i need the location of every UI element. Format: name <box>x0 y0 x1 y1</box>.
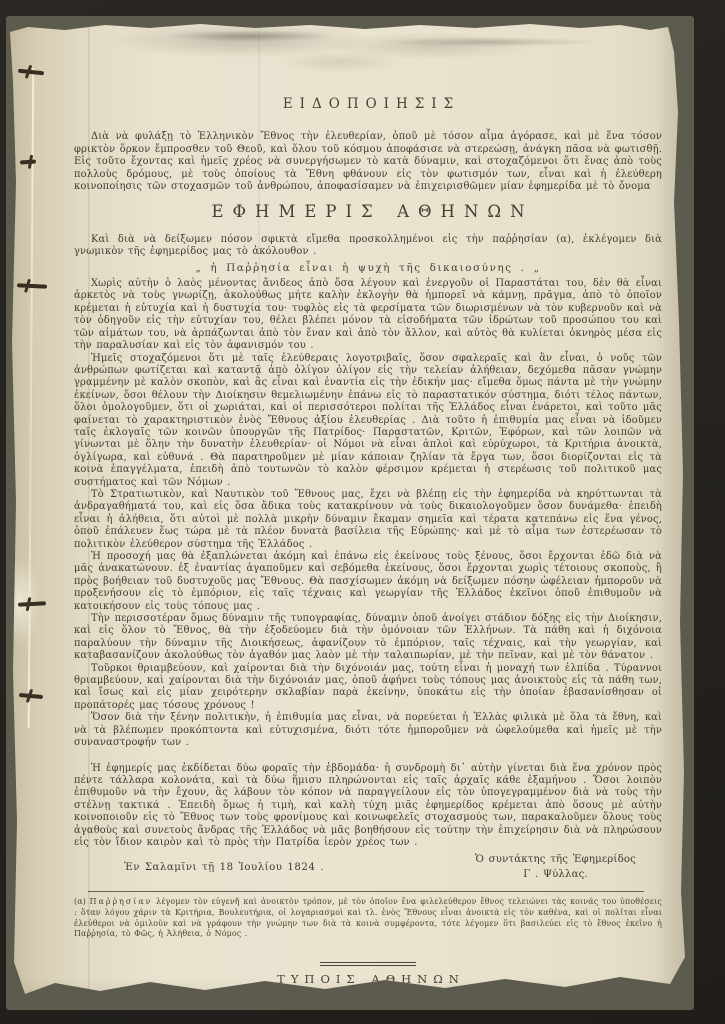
imprint-double-rule <box>320 962 416 966</box>
body-paragraph: Ἡμεῖς στοχαζόμενοι ὅτι μὲ ταῖς ἐλεύθεραι… <box>74 353 662 489</box>
subscription-paragraph: Ἡ ἐφημερίς μας ἐκδίδεται δύω φοραῖς τὴν … <box>74 763 662 850</box>
footnote-term: Παῤῥησίαν <box>90 897 153 906</box>
body-paragraph: Ἡ προσοχή μας θὰ ἐξαπλώνεται ἀκόμη καὶ ἐ… <box>74 551 662 613</box>
signature-block: Ἐν Σαλαμῖνι τῇ 18 Ἰουλίου 1824 . Ὁ συντά… <box>74 853 662 882</box>
editor-signature: Ὁ συντάκτης τῆς Ἐφημερίδος Γ . Ψύλλας. <box>475 853 636 882</box>
editor-name: Γ . Ψύλλας. <box>475 868 636 883</box>
notice-title: ΕΙΔΟΠΟΙΗΣΙΣ <box>74 98 662 110</box>
body-paragraph: Τὸ Στρατιωτικὸν, καὶ Ναυτικὸν τοῦ Ἔθνους… <box>74 489 662 551</box>
dateline: Ἐν Σαλαμῖνι τῇ 18 Ἰουλίου 1824 . <box>124 862 324 882</box>
motto-quote: „ ἡ Παῤῥησία εἶναι ἡ ψυχὴ τῆς δικαιοσύνη… <box>74 262 662 274</box>
intro-paragraph: Διὰ νὰ φυλάξῃ τὸ Ἑλληνικὸν Ἔθνος τὴν ἐλε… <box>74 131 662 193</box>
body-paragraph: Χωρὶς αὐτὴν ὁ λαὸς μένοντας ἄνιδεος ἀπὸ … <box>74 278 662 352</box>
binding-stitch <box>19 693 43 699</box>
footnote: (α) Παῤῥησίαν λέγομεν τὸν εὐγενῆ καὶ ἀνο… <box>74 897 662 939</box>
body-paragraph: Ὅσον διὰ τὴν ξένην πολιτικὴν, ἡ ἐπιθυμία… <box>74 712 662 749</box>
footnote-rule <box>88 891 644 892</box>
printed-text-block: ΕΙΔΟΠΟΙΗΣΙΣ Διὰ νὰ φυλάξῃ τὸ Ἑλληνικὸν Ἔ… <box>74 22 662 1002</box>
editor-role: Ὁ συντάκτης τῆς Ἐφημερίδος <box>475 853 636 868</box>
footnote-marker: (α) <box>74 897 86 906</box>
binding-stitch <box>20 159 36 164</box>
footnote-text: λέγομεν τὸν εὐγενῆ καὶ ἀνοικτὸν τρόπον, … <box>74 897 662 938</box>
binding-stitch <box>17 283 47 289</box>
book-page: ΕΙΔΟΠΟΙΗΣΙΣ Διὰ νὰ φυλάξῃ τὸ Ἑλληνικὸν Ἔ… <box>10 22 688 1004</box>
motto-lead-paragraph: Καὶ διὰ νὰ δείξωμεν πόσον σφικτὰ εἴμεθα … <box>74 234 662 259</box>
body-paragraph: Τοῦρκοι θριαμβεύουν, καὶ χαίρονται διὰ τ… <box>74 663 662 713</box>
binding-stitch <box>18 601 46 606</box>
body-paragraph: Τὴν περισσοτέραν ὅμως δύναμιν τῆς τυπογρ… <box>74 613 662 663</box>
masthead-title: ΕΦΗΜΕΡΙΣ ΑΘΗΝΩΝ <box>74 206 662 218</box>
binding-stitch <box>18 69 44 76</box>
